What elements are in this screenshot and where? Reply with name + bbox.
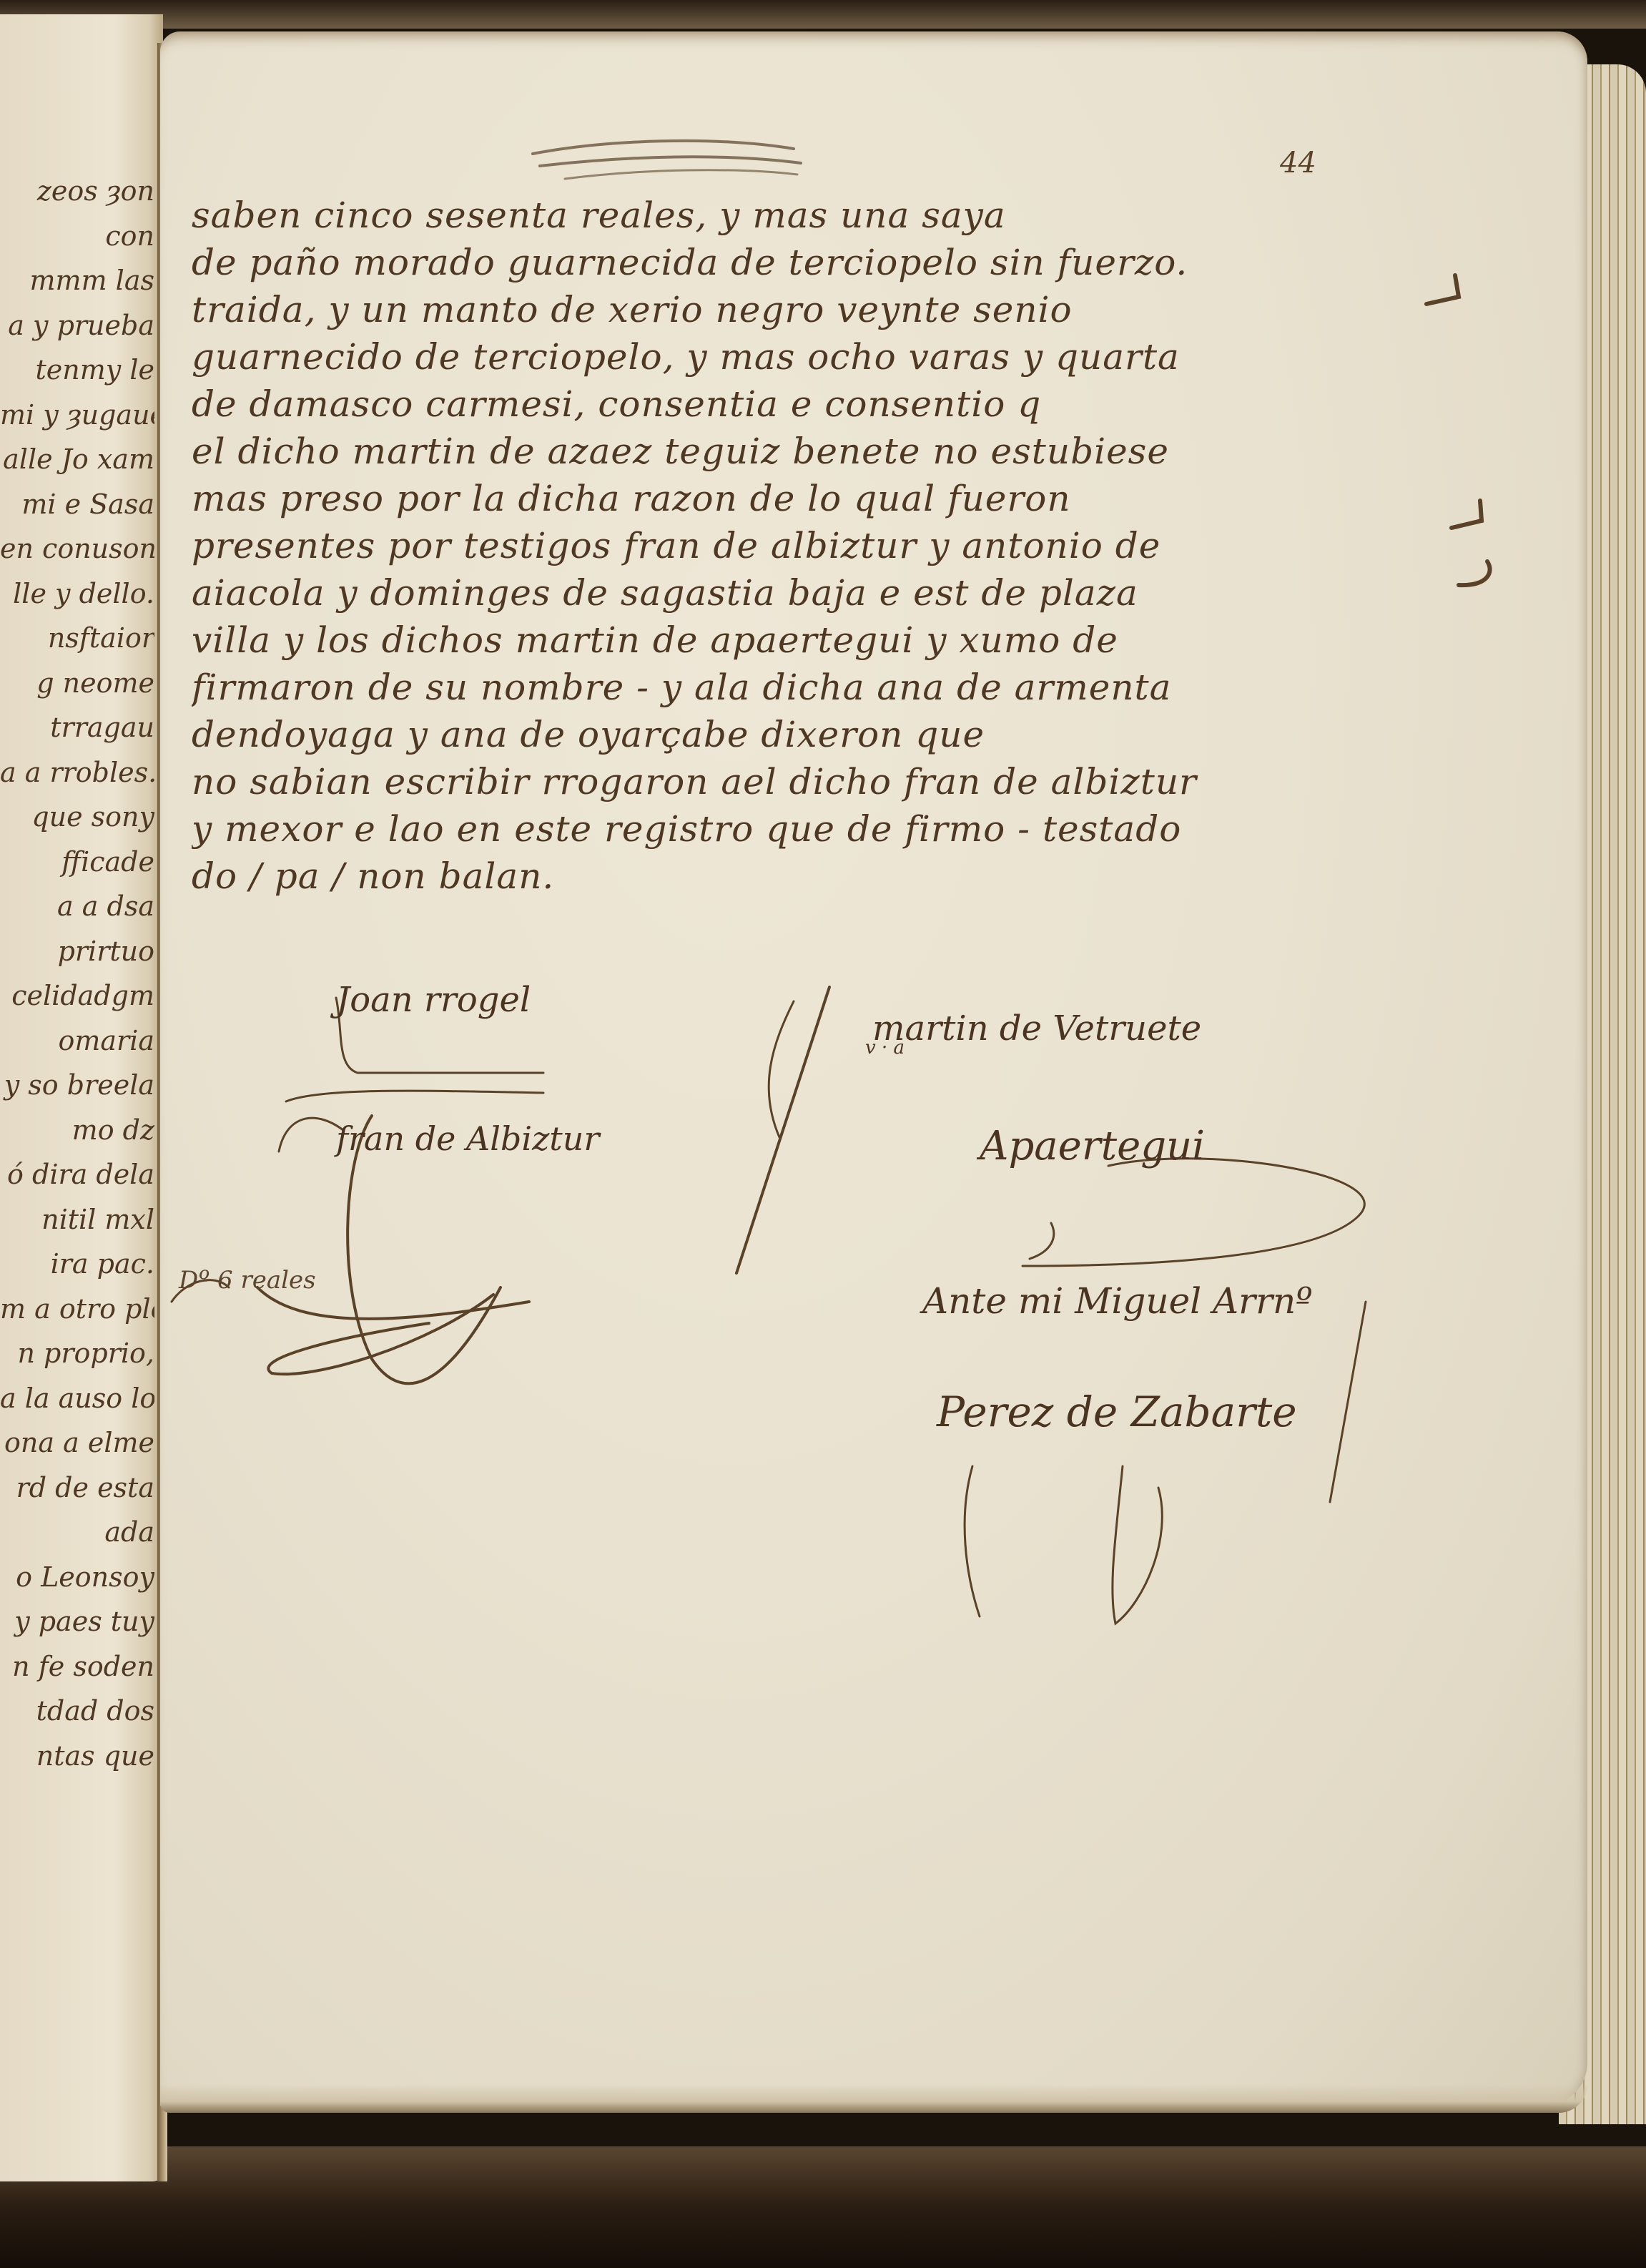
facing-line: n proprio, (0, 1331, 154, 1376)
background-top (0, 0, 1646, 29)
facing-line: g neome (0, 661, 154, 706)
text-line: de paño morado guarnecida de terciopelo … (192, 239, 1500, 286)
facing-line: y paes tuy (0, 1599, 154, 1644)
facing-line: a y prueba (0, 303, 154, 348)
facing-line: con (0, 214, 154, 259)
signature-martin-de-vetrueta: martin de Vetruete (872, 1008, 1201, 1049)
facing-line: prirtuo (0, 929, 154, 974)
text-line: guarnecido de terciopelo, y mas ocho var… (192, 333, 1500, 381)
facing-line: a a dsa (0, 884, 154, 929)
signature-apaertegui: Apaertegui (980, 1123, 1205, 1169)
facing-line: ada (0, 1510, 154, 1555)
signature-joan-rrogel: Joan rrogel (336, 980, 531, 1020)
facing-page: zeos ȝon con mmm las a y prueba tenmy le… (0, 14, 163, 2181)
facing-line: rd de esta (0, 1466, 154, 1511)
facing-line: ó dira dela (0, 1152, 154, 1197)
signature-fran-de-albiztur: fran de Albiztur (336, 1119, 599, 1158)
facing-line: tenmy le (0, 348, 154, 393)
fees-note: Dº 6 reales (179, 1266, 316, 1295)
text-line: mas preso por la dicha razon de lo qual … (192, 475, 1500, 522)
facing-page-text: zeos ȝon con mmm las a y prueba tenmy le… (0, 169, 154, 1778)
notarial-text: saben cinco sesenta reales, y mas una sa… (192, 192, 1500, 900)
folio-number: 44 (1280, 147, 1316, 180)
facing-line: ntas que (0, 1734, 154, 1779)
text-line: y mexor e lao en este registro que de fi… (192, 805, 1500, 853)
facing-line: n fe soden (0, 1644, 154, 1689)
facing-line: fficade (0, 840, 154, 885)
signature-annotation: v · a (865, 1037, 905, 1059)
facing-line: m a otro ple (0, 1287, 154, 1332)
signature-ante-mi: Ante mi Miguel Arrnº (922, 1280, 1313, 1322)
facing-line: mi e Sasa (0, 482, 154, 527)
facing-line: o Leonsoy (0, 1555, 154, 1600)
text-line: villa y los dichos martin de apaertegui … (192, 617, 1500, 664)
text-line: saben cinco sesenta reales, y mas una sa… (192, 192, 1500, 239)
facing-line: ona a elme (0, 1420, 154, 1466)
facing-line: y so breela (0, 1063, 154, 1108)
background-bottom (0, 2146, 1646, 2268)
facing-line: ira pac. (0, 1242, 154, 1287)
text-line: do / pa / non balan. (192, 853, 1500, 900)
text-line: firmaron de su nombre - y ala dicha ana … (192, 664, 1500, 711)
facing-line: omaria (0, 1018, 154, 1064)
text-line: dendoyaga y ana de oyarçabe dixeron que (192, 711, 1500, 758)
facing-line: nsftaior (0, 616, 154, 661)
text-line: aiacola y dominges de sagastia baja e es… (192, 569, 1500, 617)
text-line: no sabian escribir rrogaron ael dicho fr… (192, 758, 1500, 805)
facing-line: en conuson (0, 526, 154, 571)
text-line: de damasco carmesi, consentia e consenti… (192, 381, 1500, 428)
facing-line: mmm las (0, 258, 154, 303)
facing-line: tdad dos (0, 1689, 154, 1734)
manuscript-scene: zeos ȝon con mmm las a y prueba tenmy le… (0, 0, 1646, 2268)
text-line: el dicho martin de azaez teguiz benete n… (192, 428, 1500, 475)
facing-line: a la auso lo (0, 1376, 154, 1421)
facing-line: alle Jo xam (0, 437, 154, 482)
text-line: presentes por testigos fran de albiztur … (192, 522, 1500, 569)
facing-line: a a rrobles. (0, 750, 154, 795)
facing-line: nitil mxl (0, 1197, 154, 1242)
signature-notary: Perez de Zabarte (937, 1388, 1297, 1436)
facing-line: que sony (0, 795, 154, 840)
facing-line: lle y dello. (0, 571, 154, 617)
facing-line: celidadgm (0, 973, 154, 1018)
facing-line: trragau (0, 705, 154, 750)
text-line: traida, y un manto de xerio negro veynte… (192, 286, 1500, 333)
facing-line: mi y ȝugaue (0, 393, 154, 438)
facing-line: mo dz (0, 1108, 154, 1153)
facing-line: zeos ȝon (0, 169, 154, 214)
